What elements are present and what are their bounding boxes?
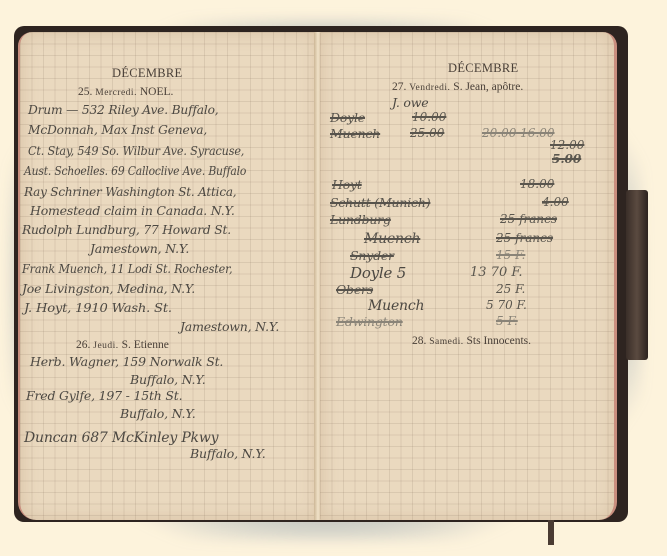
entry-line: McDonnah, Max Inst Geneva, <box>28 122 207 137</box>
entry-line: Aust. Schoelles. 69 Calloclive Ave. Buff… <box>24 163 246 178</box>
account-amount: 25 francs <box>496 231 553 245</box>
entry-line: Fred Gylfe, 197 - 15th St. <box>26 388 182 403</box>
account-name: Hoyt <box>332 177 362 192</box>
entry-line: Herb. Wagner, 159 Norwalk St. <box>30 354 223 369</box>
account-amount: 13 70 F. <box>470 265 522 280</box>
entry-line: Rudolph Lundburg, 77 Howard St. <box>22 222 231 237</box>
account-amount: 15 F. <box>496 248 525 262</box>
account-name: Muench <box>368 298 424 314</box>
day-header-28: 28. Samedi. Sts Innocents. <box>412 335 531 347</box>
account-name: Muench <box>364 231 420 247</box>
entry-line: J. Hoyt, 1910 Wash. St. <box>24 300 172 315</box>
entry-line: Joe Livingston, Medina, N.Y. <box>22 281 195 296</box>
entry-line: Drum — 532 Riley Ave. Buffalo, <box>28 102 219 117</box>
entry-line: Duncan 687 McKinley Pkwy <box>24 430 218 446</box>
owe-note: J. owe <box>392 95 428 110</box>
day-header-27: 27. Vendredi. S. Jean, apôtre. <box>392 81 523 93</box>
account-name: Muench <box>330 126 380 141</box>
entry-line: Frank Muench, 11 Lodi St. Rochester, <box>22 261 232 276</box>
month-header: DÉCEMBRE <box>112 66 182 81</box>
month-header: DÉCEMBRE <box>448 61 518 76</box>
account-amount: 5 F. <box>496 314 518 328</box>
account-name: Snyder <box>350 248 394 263</box>
entry-line: Ct. Stay, 549 So. Wilbur Ave. Syracuse, <box>28 143 244 158</box>
right-page: DÉCEMBRE 27. Vendredi. S. Jean, apôtre. … <box>320 32 617 520</box>
entry-line: Buffalo, N.Y. <box>190 446 266 461</box>
account-name: Obers <box>336 282 373 297</box>
account-amount: 12.00 <box>550 138 584 152</box>
entry-line: Homestead claim in Canada. N.Y. <box>30 203 235 218</box>
entry-line: Jamestown, N.Y. <box>180 319 279 334</box>
entry-line: Jamestown, N.Y. <box>90 241 189 256</box>
account-name: Schutt (Munich) <box>330 195 430 210</box>
day-header-25: 25. Mercredi. NOEL. <box>78 86 173 98</box>
left-page: DÉCEMBRE 25. Mercredi. NOEL. Drum — 532 … <box>18 32 318 520</box>
account-amount: 25.00 <box>410 126 444 140</box>
entry-line: Ray Schriner Washington St. Attica, <box>24 184 236 199</box>
account-amount: 18.00 <box>520 177 554 191</box>
day-header-26: 26. Jeudi. S. Etienne <box>76 339 169 351</box>
account-amount: 5 70 F. <box>486 298 527 312</box>
account-amount: 4.00 <box>542 195 569 209</box>
account-amount: 10.00 <box>412 110 446 124</box>
account-name: Doyle 5 <box>350 264 406 282</box>
account-amount: 25 F. <box>496 282 525 296</box>
account-name: Lundburg <box>330 212 391 227</box>
pencil-loop-strap <box>626 190 648 360</box>
account-name: Edwington <box>336 314 403 329</box>
account-name: Doyle <box>330 110 365 125</box>
account-amount: 25 francs <box>500 212 557 226</box>
account-amount-extra: 20.00 16.00 <box>482 126 555 140</box>
entry-line: Buffalo, N.Y. <box>130 372 206 387</box>
account-amount: 5.00 <box>552 152 581 166</box>
entry-line: Buffalo, N.Y. <box>120 406 196 421</box>
